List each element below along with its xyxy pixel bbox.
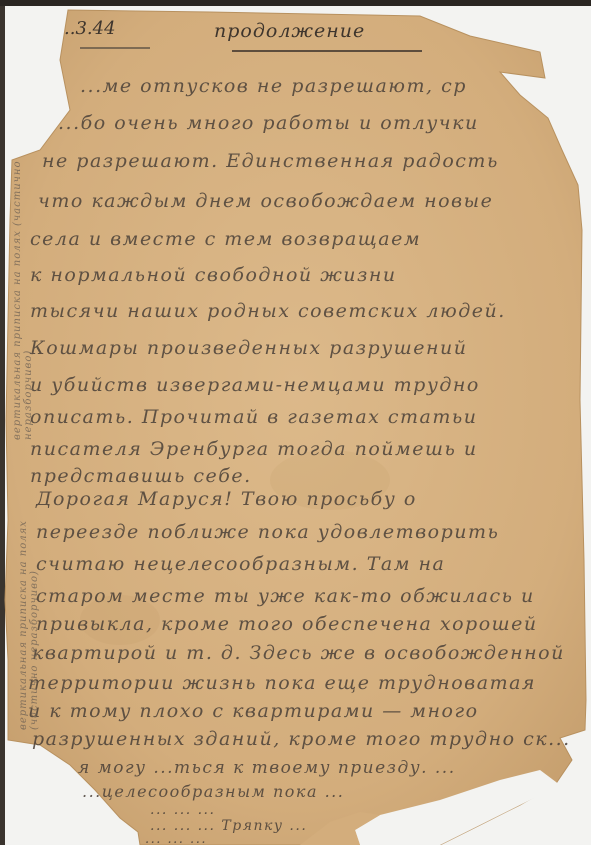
text-line: я могу ...ться к твоему приезду. ... xyxy=(78,758,456,778)
text-line: описать. Прочитай в газетах статьи xyxy=(30,406,478,428)
text-line: привыкла, кроме того обеспечена хорошей xyxy=(36,613,538,635)
text-line: старом месте ты уже как-то обжилась и xyxy=(36,585,535,607)
text-line: и убийств извергами-немцами трудно xyxy=(30,374,480,396)
text-line: что каждым днем освобождаем новые xyxy=(38,190,493,212)
text-line: села и вместе с тем возвращаем xyxy=(30,228,421,250)
text-line: тысячи наших родных советских людей. xyxy=(30,300,506,322)
text-line: квартирой и т. д. Здесь же в освобожденн… xyxy=(32,642,565,664)
margin-note: вертикальная приписка на полях (частично… xyxy=(18,470,40,730)
date-underline xyxy=(80,47,150,49)
text-line: не разрешают. Единственная радость xyxy=(42,150,499,172)
text-line: ... ... ... xyxy=(145,832,207,845)
letter-body: ..3.44 продолжение ...ме отпусков не раз… xyxy=(0,0,591,845)
text-line: и к тому плохо с квартирами — много xyxy=(28,700,479,722)
text-line: представишь себе. xyxy=(30,465,252,487)
letter-heading: продолжение xyxy=(214,20,365,42)
text-line: разрушенных зданий, кроме того трудно ск… xyxy=(32,728,571,750)
letter-date: ..3.44 xyxy=(64,18,116,39)
text-line: считаю нецелесообразным. Там на xyxy=(36,553,445,575)
heading-underline xyxy=(232,50,422,52)
text-line: ...бо очень много работы и отлучки xyxy=(58,112,479,134)
text-line: территории жизнь пока еще трудноватая xyxy=(28,672,536,694)
text-line: ...ме отпусков не разрешают, ср xyxy=(80,75,467,97)
text-line: ...целесообразным пока ... xyxy=(82,782,344,801)
text-line: к нормальной свободной жизни xyxy=(30,264,397,286)
text-line: Кошмары произведенных разрушений xyxy=(30,337,467,359)
text-line: писателя Эренбурга тогда поймешь и xyxy=(30,438,478,460)
text-line: ... ... ... xyxy=(150,802,215,818)
margin-note: вертикальная приписка на полях (частично… xyxy=(12,160,34,440)
text-line: Дорогая Маруся! Твою просьбу о xyxy=(36,488,417,510)
text-line: переезде поближе пока удовлетворить xyxy=(36,521,499,543)
